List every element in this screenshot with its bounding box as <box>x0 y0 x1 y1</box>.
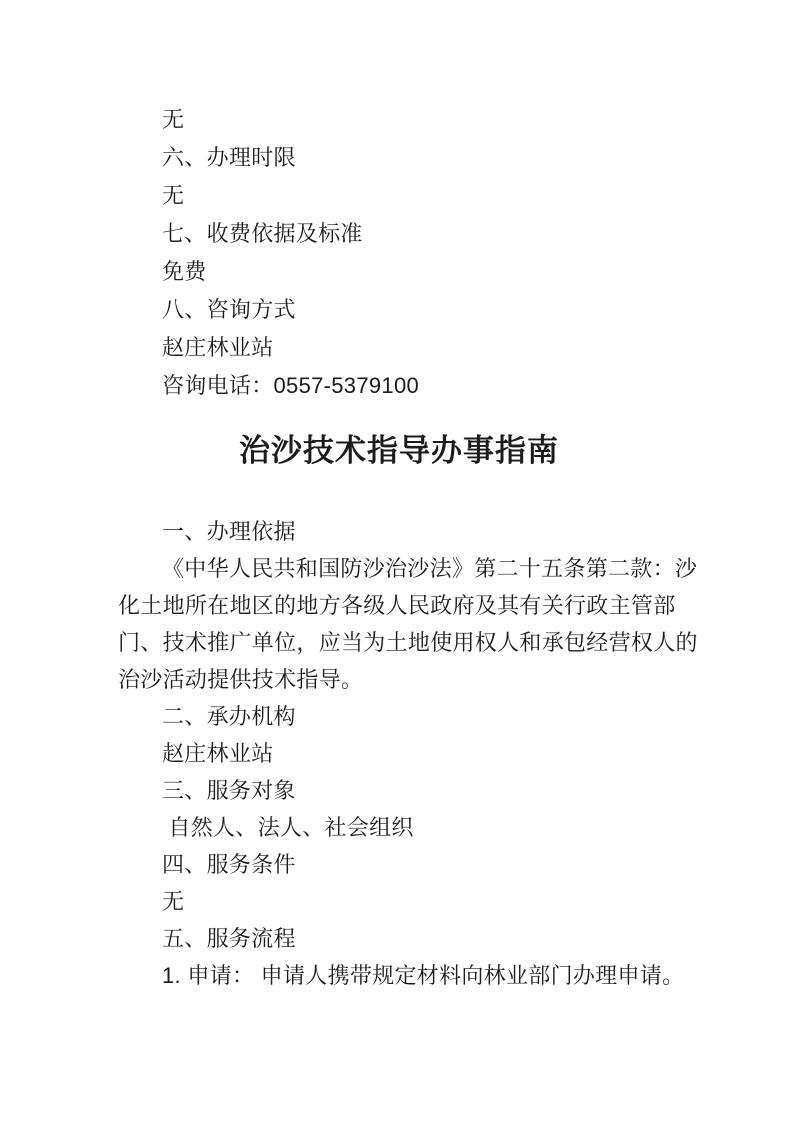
value-none-time: 无 <box>118 101 708 139</box>
heading-service-process: 五、服务流程 <box>118 920 708 957</box>
heading-consultation: 八、咨询方式 <box>118 291 708 329</box>
value-consult-phone: 咨询电话：0557-5379100 <box>118 367 708 405</box>
value-fee-free: 免费 <box>118 253 708 291</box>
value-none-conditions: 无 <box>118 883 708 920</box>
heading-time-limit: 六、办理时限 <box>118 139 708 177</box>
value-service-target: 自然人、法人、社会组织 <box>118 809 708 846</box>
value-undertaking-agency: 赵庄林业站 <box>118 735 708 772</box>
sand-control-guide-section: 一、办理依据 《中华人民共和国防沙治沙法》第二十五条第二款：沙 化土地所在地区的… <box>118 513 708 994</box>
heading-service-conditions: 四、服务条件 <box>118 846 708 883</box>
value-agency-name: 赵庄林业站 <box>118 329 708 367</box>
value-process-step-1: 1. 申请： 申请人携带规定材料向林业部门办理申请。 <box>118 957 708 994</box>
heading-legal-basis: 一、办理依据 <box>118 513 708 550</box>
heading-service-target: 三、服务对象 <box>118 772 708 809</box>
document-page: 无 六、办理时限 无 七、收费依据及标准 免费 八、咨询方式 赵庄林业站 咨询电… <box>0 0 793 1122</box>
paragraph-legal-basis: 《中华人民共和国防沙治沙法》第二十五条第二款：沙 化土地所在地区的地方各级人民政… <box>118 550 708 698</box>
previous-guide-tail-section: 无 六、办理时限 无 七、收费依据及标准 免费 八、咨询方式 赵庄林业站 咨询电… <box>118 101 708 405</box>
heading-undertaking-agency: 二、承办机构 <box>118 698 708 735</box>
heading-fee-basis: 七、收费依据及标准 <box>118 215 708 253</box>
value-none-time-limit: 无 <box>118 177 708 215</box>
document-title: 治沙技术指导办事指南 <box>104 425 694 477</box>
